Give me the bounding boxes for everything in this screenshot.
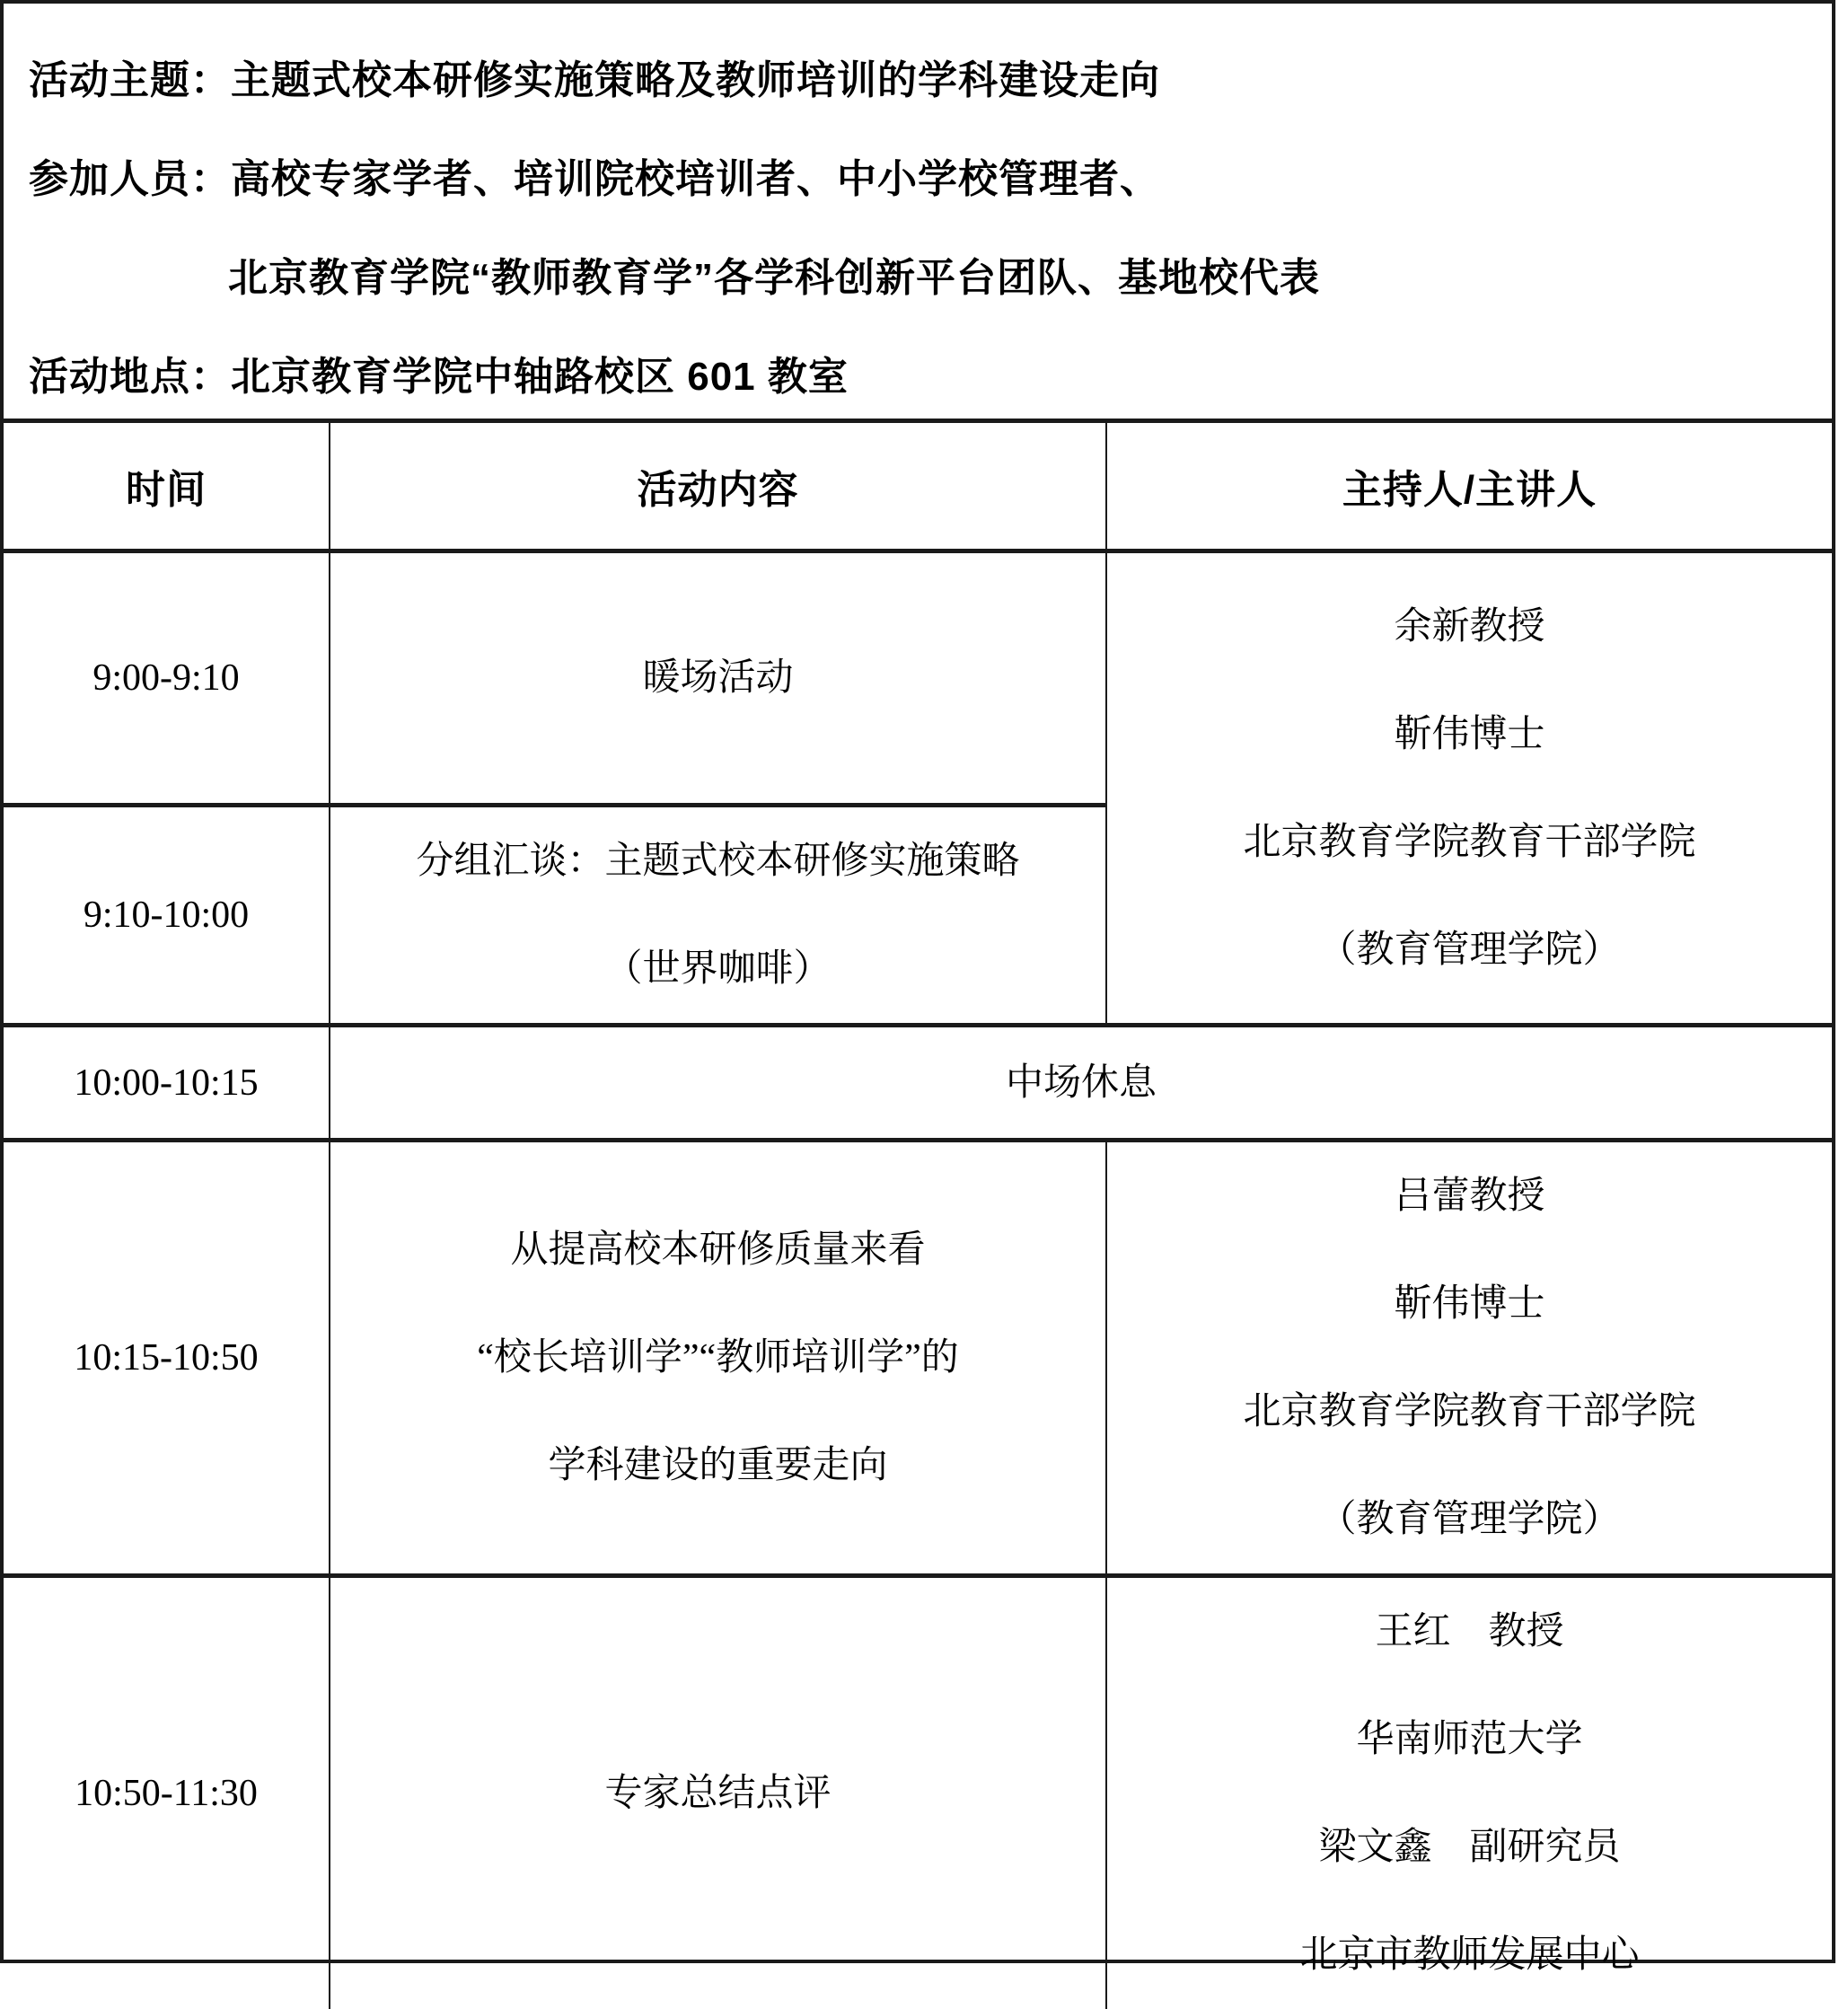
col-header-host: 主持人/主讲人 <box>1106 421 1832 551</box>
meta-line-location: 活动地点：北京教育学院中轴路校区 601 教室 <box>29 323 1832 422</box>
host-line: 靳伟博士 <box>1107 1250 1832 1358</box>
col-header-content: 活动内容 <box>330 421 1106 551</box>
content-line: 学科建设的重要走向 <box>330 1412 1105 1520</box>
time-cell: 10:15-10:50 <box>4 1141 330 1576</box>
content-cell: 分组汇谈：主题式校本研修实施策略 （世界咖啡） <box>330 806 1106 1026</box>
table-row-break: 10:00-10:15 中场休息 <box>4 1026 1832 1141</box>
host-line: 余新教授 <box>1107 573 1832 681</box>
host-line: （教育管理学院） <box>1107 896 1832 1004</box>
content-line: 专家总结点评 <box>330 1740 1105 1847</box>
time-cell: 10:00-10:15 <box>4 1026 330 1141</box>
schedule-table: 时间 活动内容 主持人/主讲人 9:00-9:10 暖场活动 余新教授 靳伟博士… <box>4 419 1832 2009</box>
host-line: 梁文鑫 副研究员 <box>1107 1793 1832 1901</box>
meta-line-participants-continued: 北京教育学院“教师教育学”各学科创新平台团队、基地校代表 <box>29 225 1832 323</box>
content-line: 从提高校本研修质量来看 <box>330 1196 1105 1304</box>
content-line: 中场休息 <box>330 1029 1832 1137</box>
meta-block: 活动主题：主题式校本研修实施策略及教师培训的学科建设走向 参加人员：高校专家学者… <box>4 4 1832 419</box>
document-page: { "meta": { "theme_line": "活动主题：主题式校本研修实… <box>0 0 1848 1970</box>
host-line: 北京教育学院教育干部学院 <box>1107 789 1832 896</box>
table-row-lecture: 10:15-10:50 从提高校本研修质量来看 “校长培训学”“教师培训学”的 … <box>4 1141 1832 1576</box>
host-line: 吕蕾教授 <box>1107 1142 1832 1250</box>
host-line: 华南师范大学 <box>1107 1686 1832 1793</box>
content-cell-merged: 中场休息 <box>330 1026 1832 1141</box>
time-cell: 9:10-10:00 <box>4 806 330 1026</box>
host-line: （教育管理学院） <box>1107 1466 1832 1573</box>
content-line: 暖场活动 <box>330 624 1105 732</box>
table-row-warmup: 9:00-9:10 暖场活动 余新教授 靳伟博士 北京教育学院教育干部学院 （教… <box>4 551 1832 806</box>
host-line: 王红 教授 <box>1107 1578 1832 1686</box>
content-cell: 从提高校本研修质量来看 “校长培训学”“教师培训学”的 学科建设的重要走向 <box>330 1141 1106 1576</box>
host-cell-merged: 余新教授 靳伟博士 北京教育学院教育干部学院 （教育管理学院） <box>1106 551 1832 1026</box>
content-cell: 专家总结点评 <box>330 1576 1106 2009</box>
host-cell: 吕蕾教授 靳伟博士 北京教育学院教育干部学院 （教育管理学院） <box>1106 1141 1832 1576</box>
host-cell: 王红 教授 华南师范大学 梁文鑫 副研究员 北京市教师发展中心 <box>1106 1576 1832 2009</box>
host-line: 靳伟博士 <box>1107 681 1832 789</box>
content-line: “校长培训学”“教师培训学”的 <box>330 1304 1105 1412</box>
meta-line-participants: 参加人员：高校专家学者、培训院校培训者、中小学校管理者、 <box>29 126 1832 225</box>
col-header-time: 时间 <box>4 421 330 551</box>
table-header-row: 时间 活动内容 主持人/主讲人 <box>4 421 1832 551</box>
time-cell: 9:00-9:10 <box>4 551 330 806</box>
content-cell: 暖场活动 <box>330 551 1106 806</box>
host-line: 北京教育学院教育干部学院 <box>1107 1358 1832 1466</box>
table-row-expert-summary: 10:50-11:30 专家总结点评 王红 教授 华南师范大学 梁文鑫 副研究员… <box>4 1576 1832 2009</box>
content-line: （世界咖啡） <box>330 915 1105 1023</box>
meta-line-theme: 活动主题：主题式校本研修实施策略及教师培训的学科建设走向 <box>29 27 1832 126</box>
host-line: 北京市教师发展中心 <box>1107 1901 1832 2009</box>
time-cell: 10:50-11:30 <box>4 1576 330 2009</box>
content-line: 分组汇谈：主题式校本研修实施策略 <box>330 807 1105 915</box>
schedule-document-box: 活动主题：主题式校本研修实施策略及教师培训的学科建设走向 参加人员：高校专家学者… <box>0 0 1835 1963</box>
